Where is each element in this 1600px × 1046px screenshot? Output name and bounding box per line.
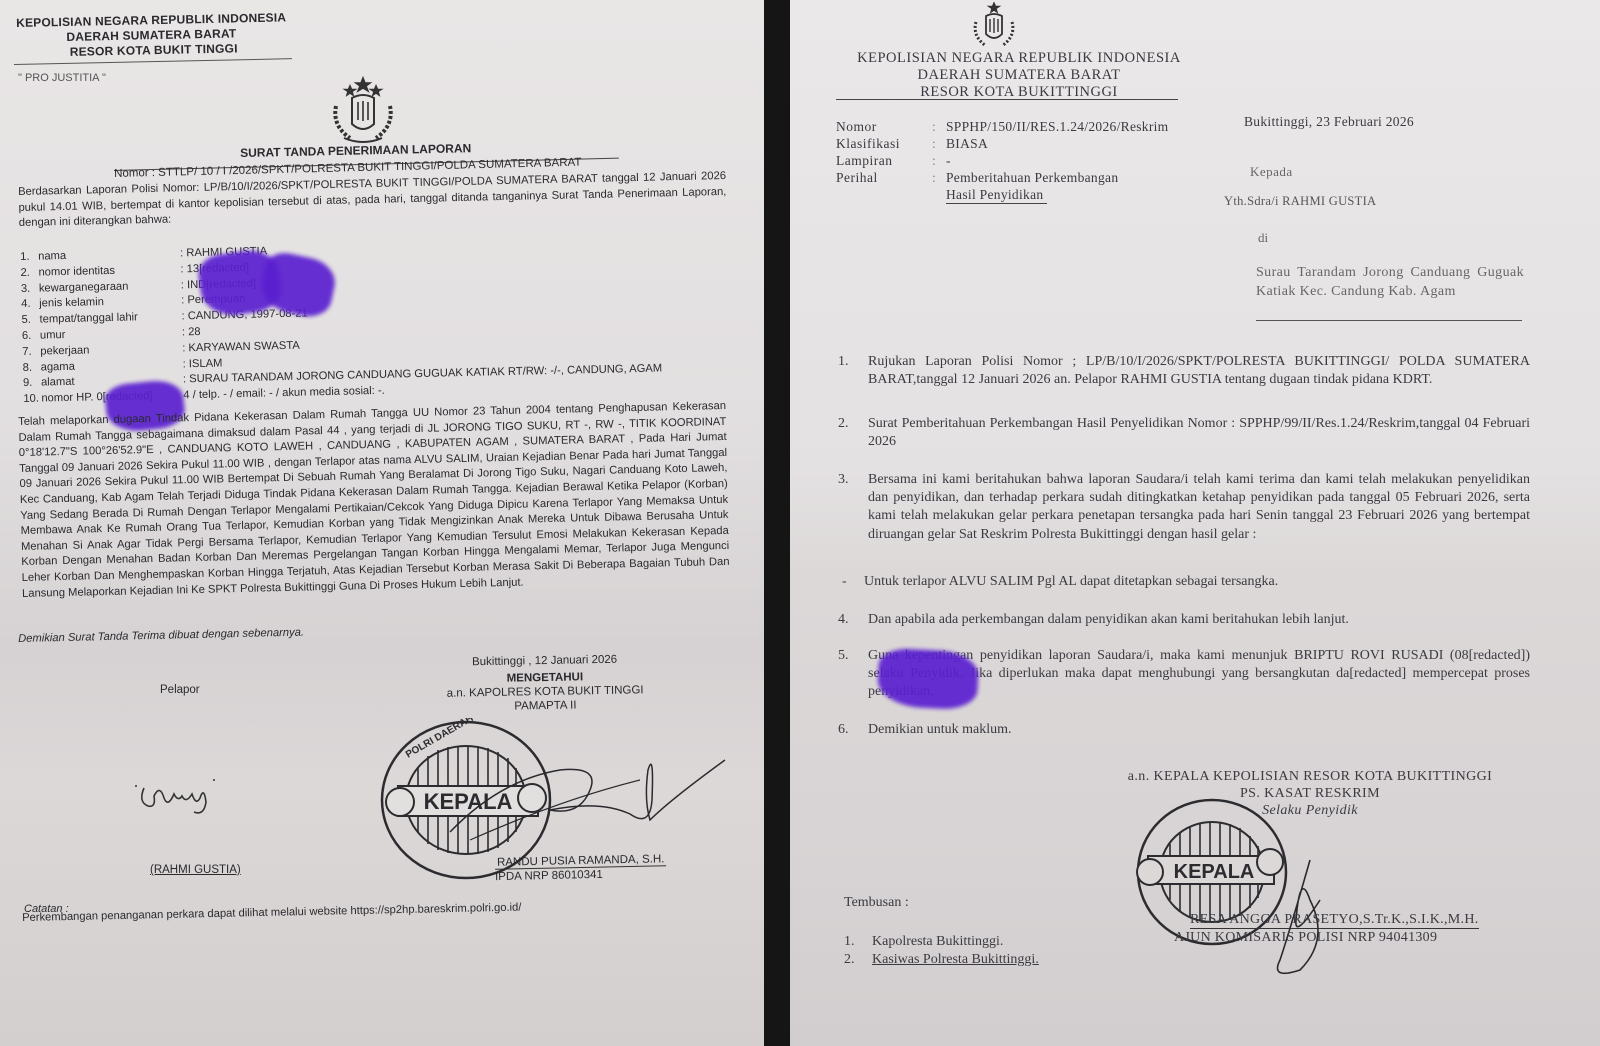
recipient-address: Surau Tarandam Jorong Canduang Guguak Ka… — [1256, 263, 1524, 301]
subject: Pemberitahuan Perkembangan — [946, 169, 1118, 186]
field-value: : KARYAWAN SWASTA — [182, 338, 300, 356]
list-item: 1.Rujukan Laporan Polisi Nomor ; LP/B/10… — [838, 353, 1530, 389]
closing-statement: Demikian Surat Tanda Terima dibuat denga… — [18, 616, 726, 648]
signature-header: Bukittinggi , 12 Januari 2026 MENGETAHUI… — [440, 652, 651, 715]
reporter-name: (RAHMI GUSTIA) — [150, 864, 241, 876]
letter-metadata: Nomor:SPPHP/150/II/RES.1.24/2026/Reskrim… — [836, 118, 1168, 204]
reporter-identity-fields: 1.nama: RAHMI GUSTIA2.nomor identitas: 1… — [20, 235, 663, 407]
place-date: Bukittinggi, 23 Februari 2026 — [1244, 114, 1414, 130]
agency-line: KEPOLISIAN NEGARA REPUBLIK INDONESIA — [836, 50, 1202, 67]
polri-emblem-icon — [322, 76, 404, 146]
field-num: 4. — [21, 297, 39, 313]
field-num: 5. — [21, 313, 39, 329]
field-value: 4 / telp. - / email: - / akun media sosi… — [183, 384, 385, 404]
agency-line: DAERAH SUMATERA BARAT — [836, 67, 1202, 84]
police-report-receipt-document: KEPOLISIAN NEGARA REPUBLIK INDONESIA DAE… — [0, 0, 764, 1046]
agency-header: KEPOLISIAN NEGARA REPUBLIK INDONESIA DAE… — [836, 50, 1202, 101]
officer-name: RESA ANGGA PRASETYO,S.Tr.K.,S.I.K.,M.H. — [1190, 912, 1479, 929]
header-divider — [836, 99, 1178, 100]
officer-nrp: IPDA NRP 86010341 — [495, 869, 603, 883]
field-num: 8. — [23, 360, 41, 376]
note-text: Perkembangan penanganan perkara dapat di… — [22, 902, 522, 924]
incident-description: Telah melaporkan dugaan Tindak Pidana Ke… — [18, 399, 730, 602]
field-num: 3. — [21, 281, 39, 297]
field-value: : ISLAM — [182, 356, 222, 373]
field-num: 6. — [22, 329, 40, 345]
officer-rank: AJUN KOMISARIS POLISI NRP 94041309 — [1174, 930, 1437, 946]
agency-header: KEPOLISIAN NEGARA REPUBLIK INDONESIA DAE… — [16, 10, 287, 61]
classification: BIASA — [946, 135, 988, 152]
recipient: Yth.Sdra/i RAHMI GUSTIA — [1224, 194, 1376, 209]
list-item: 3.Bersama ini kami beritahukan bahwa lap… — [838, 471, 1530, 544]
place-date: Bukittinggi , 12 Januari 2026 — [440, 652, 650, 670]
svg-text:KEPALA: KEPALA — [424, 789, 513, 814]
result-bullet: -Untuk terlapor ALVU SALIM Pgl AL dapat … — [842, 574, 1278, 590]
field-num: 2. — [20, 265, 38, 281]
polri-emblem-icon — [966, 2, 1022, 50]
letter-number: SPPHP/150/II/RES.1.24/2026/Reskrim — [946, 118, 1168, 135]
pro-justitia-label: " PRO JUSTITIA " — [18, 72, 106, 84]
sheet-gap — [764, 0, 790, 1046]
document-title: SURAT TANDA PENERIMAAN LAPORAN — [240, 141, 471, 160]
field-num: 10. — [23, 392, 41, 408]
field-num: 7. — [22, 344, 40, 360]
address-divider — [1256, 320, 1522, 321]
field-num: 1. — [20, 250, 38, 266]
pelapor-label: Pelapor — [160, 684, 200, 696]
attachment: - — [946, 152, 951, 169]
di-label: di — [1258, 230, 1268, 246]
reporter-signature — [130, 772, 230, 822]
meta-key: Nomor — [836, 118, 932, 135]
copy-recipient: 1.Kapolresta Bukittinggi. — [844, 934, 1003, 950]
copies-label: Tembusan : — [844, 895, 909, 911]
field-num: 9. — [23, 376, 41, 392]
officer-name: RANDU PUSIA RAMANDA, S.H. — [495, 853, 667, 870]
kepada-label: Kepada — [1250, 164, 1293, 180]
meta-key: Lampiran — [836, 152, 932, 169]
svg-text:KEPALA: KEPALA — [1174, 861, 1255, 883]
on-behalf-label: a.n. KEPALA KEPOLISIAN RESOR KOTA BUKITT… — [1090, 768, 1530, 785]
meta-key: Perihal — [836, 169, 932, 186]
list-item: 2.Surat Pemberitahuan Perkembangan Hasil… — [838, 415, 1530, 451]
list-item: 6.Demikian untuk maklum. — [838, 721, 1530, 739]
subject-line-2: Hasil Penyidikan — [946, 186, 1047, 204]
investigation-progress-letter: KEPOLISIAN NEGARA REPUBLIK INDONESIA DAE… — [790, 0, 1600, 1046]
meta-key: Klasifikasi — [836, 135, 932, 152]
field-value: : 28 — [182, 325, 201, 341]
copy-recipient: 2.Kasiwas Polresta Bukittinggi. — [844, 952, 1039, 968]
list-item: 4.Dan apabila ada perkembangan dalam pen… — [838, 611, 1530, 629]
